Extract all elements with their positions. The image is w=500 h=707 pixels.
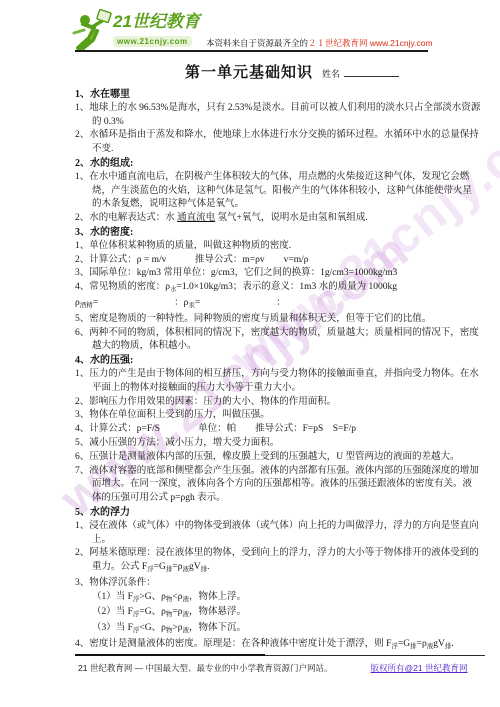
header-rule <box>75 50 428 52</box>
document-line: 3、物体浮沉条件： <box>75 577 481 591</box>
name-row: 姓名 <box>322 67 399 80</box>
banner-site-link: ２１世纪教育网 www.21cnjy.com <box>308 38 433 48</box>
document-line: 4、密度计是测量液体的密度。原理是：在各种液体中密度计处于漂浮，则 F浮=G排=… <box>75 638 481 654</box>
site-logo: 21世纪教育 www.21cnjy.com <box>70 7 220 53</box>
page-footer: 21 世纪教育网 — 中国最大型、最专业的中小学教育资源门户网站。版权所有@21… <box>78 662 468 674</box>
page-title: 第一单元基础知识 <box>185 61 313 82</box>
document-line: （2）当 F浮=G、ρ物=ρ液，物体悬浮。 <box>92 606 481 622</box>
logo-url-text: www.21cnjy.com <box>113 36 192 47</box>
section-heading: 4、水的压强: <box>75 354 481 368</box>
document-line: 1、单位体积某种物质的质量，叫做这种物质的密度. <box>75 240 481 254</box>
document-line: （1）当 F浮>G、ρ物<ρ液，物体上浮。 <box>92 591 481 607</box>
document-line: 2、计算公式：ρ = m/v 推导公式：m=ρv v=m/ρ <box>75 254 481 268</box>
footer-rule <box>75 655 485 656</box>
document-line: 7、液体对容器的底部和侧壁都会产生压强。液体的内部都有压强。液体内部的压强随深度… <box>75 465 481 506</box>
document-line: 1、压力的产生是由于物体间的相互挤压，方向与受力物体的接触面垂直，并指向受力物体… <box>75 368 481 396</box>
document-line: 2、水的电解表达式：水 通直流电 氢气+氧气，说明水是由氢和氧组成. <box>75 212 481 226</box>
document-line: 4、计算公式：p=F/S 单位：帕 推导公式：F=pS S=F/p <box>75 423 481 437</box>
section-heading: 1、水在哪里 <box>75 88 481 102</box>
section-heading: 5、水的浮力 <box>75 506 481 520</box>
document-body: 1、水在哪里1、地球上的水 96.53%是海水，只有 2.53%是淡水。目前可以… <box>75 88 481 654</box>
footer-copyright-link[interactable]: 版权所有@21 世纪教育网 <box>371 663 468 673</box>
document-line: 5、减小压强的方法：减小压力，增大受力面积。 <box>75 437 481 451</box>
document-page: www.21cnjy.com www.21cnjy.com 21世纪教育 www… <box>0 0 500 707</box>
document-line: 6、压强计是测量液体内部的压强，橡皮膜上受到的压强越大，U 型管两边的液面的差越… <box>75 451 481 465</box>
document-line: 1、地球上的水 96.53%是海水，只有 2.53%是淡水。目前可以被人们利用的… <box>75 102 481 130</box>
document-line: 2、水循环是指由于蒸发和降水，使地球上水体进行水分交换的循环过程。水循环中水的总… <box>75 129 481 157</box>
document-line: 1、在水中通直流电后，在阴极产生体积较大的气体，用点燃的火柴接近这种气体，发现它… <box>75 171 481 212</box>
document-line: ρ酒精= ：ρ汞= ： <box>75 297 481 313</box>
document-line: 2、影响压力作用效果的因素：压力的大小、物体的作用面积。 <box>75 396 481 410</box>
running-person-icon <box>70 7 112 51</box>
document-line: （3）当 F浮<G、ρ物>ρ液，物体下沉。 <box>92 622 481 638</box>
document-line: 2、阿基米德原理：浸在液体里的物体，受到向上的浮力，浮力的大小等于物体排开的液体… <box>75 547 481 577</box>
document-line: 5、密度是物质的一种特性。同种物质的密度与质量和体积无关，但等于它们的比值。 <box>75 313 481 327</box>
name-blank <box>344 67 399 77</box>
document-line: 4、常见物质的密度：ρ水=1.0×10kg/m3；表示的意义：1m3 水的质量为… <box>75 281 481 297</box>
banner-prefix: 本资料来自于资源最齐全的 <box>206 38 308 48</box>
logo-brand-text: 21世纪教育 <box>113 13 200 31</box>
name-label: 姓名 <box>322 69 340 79</box>
header-banner: 本资料来自于资源最齐全的２１世纪教育网 www.21cnjy.com <box>206 37 433 49</box>
footer-site-text: 21 世纪教育网 — 中国最大型、最专业的中小学教育资源门户网站。 <box>78 663 333 673</box>
document-line: 3、国际单位：kg/m3 常用单位：g/cm3，它们之间的换算：1g/cm3=1… <box>75 267 481 281</box>
document-line: 1、浸在液体（或气体）中的物体受到液体（或气体）向上托的力叫做浮力，浮力的方向是… <box>75 520 481 548</box>
section-heading: 2、水的组成: <box>75 157 481 171</box>
document-line: 3、物体在单位面积上受到的压力，叫做压强。 <box>75 409 481 423</box>
section-heading: 3、水的密度: <box>75 226 481 240</box>
document-line: 6、两种不同的物质，体积相同的情况下，密度越大的物质，质量越大；质量相同的情况下… <box>75 327 481 355</box>
